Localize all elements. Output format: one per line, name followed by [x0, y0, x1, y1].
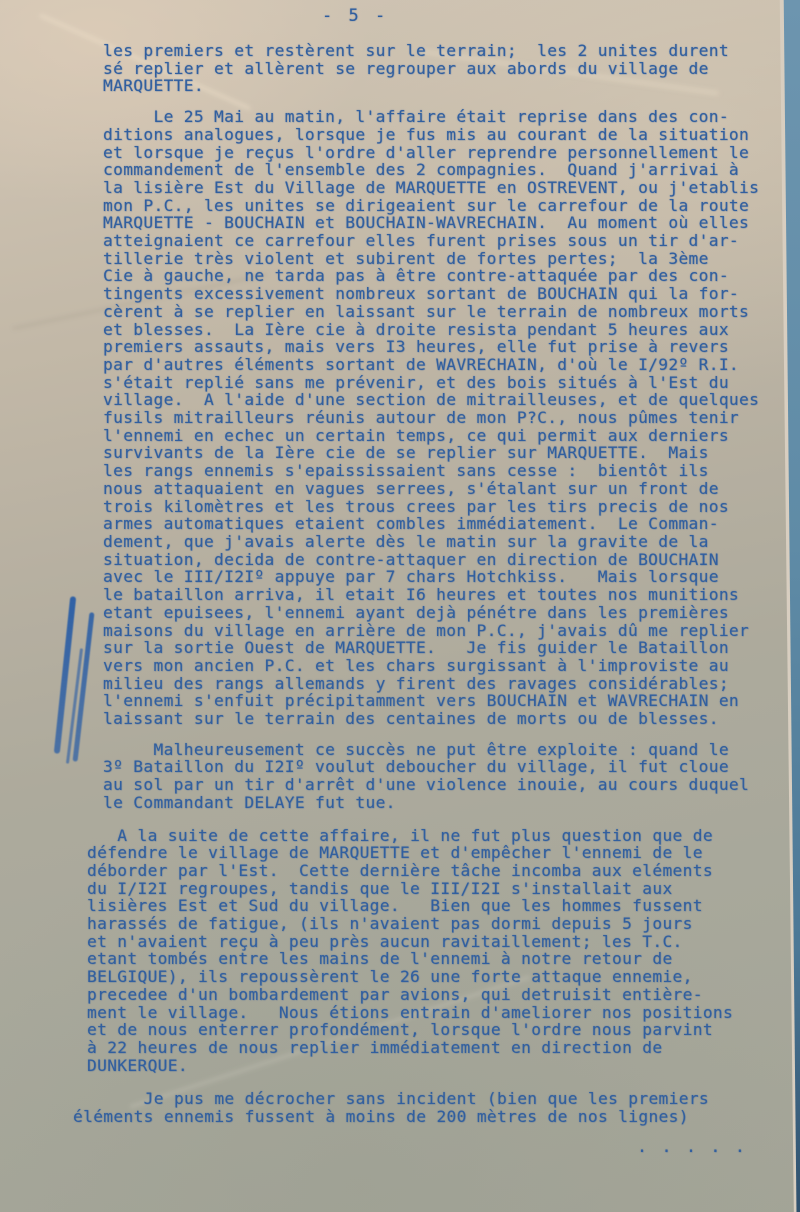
page-number: - 5 - [322, 6, 388, 26]
ellipsis-dots: . . . . . [103, 1139, 779, 1157]
paragraph-1: les premiers et restèrent sur le terrain… [103, 42, 779, 95]
paragraph-3: Malheureusement ce succès ne put être ex… [103, 741, 779, 812]
body-text: les premiers et restèrent sur le terrain… [103, 42, 779, 1169]
paragraph-2: Le 25 Mai au matin, l'affaire était repr… [103, 108, 779, 728]
paragraph-4: A la suite de cette affaire, il ne fut p… [87, 827, 779, 1075]
paragraph-5: Je pus me décrocher sans incident (bien … [73, 1090, 779, 1125]
